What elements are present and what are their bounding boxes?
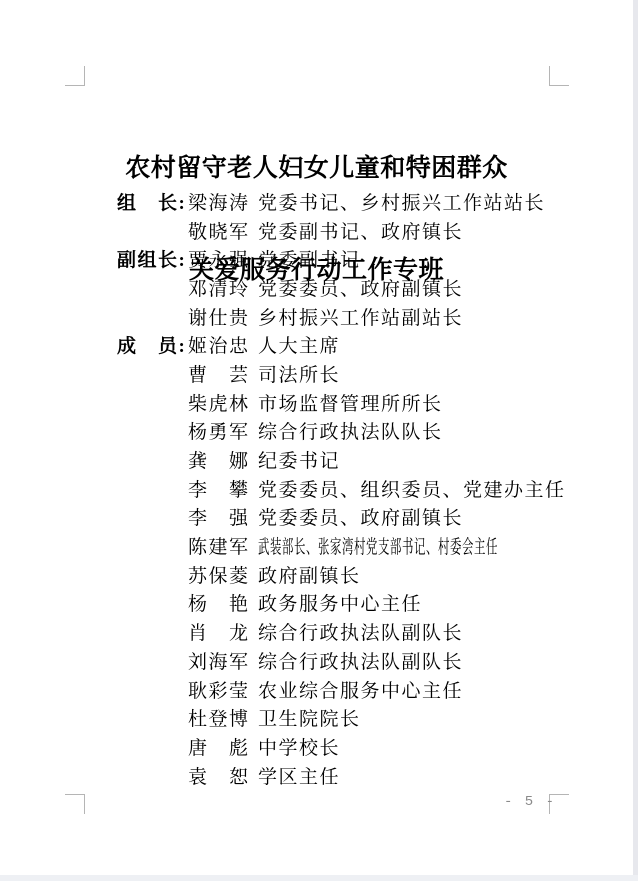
- member-name: 陈建军: [188, 532, 258, 559]
- member-position: 党委委员、组织委员、党建办主任: [258, 475, 566, 502]
- role-label: 组 长:: [117, 188, 188, 215]
- member-position: 市场监督管理所所长: [258, 389, 443, 416]
- member-position: 武装部长、张家湾村党支部书记、村委会主任: [258, 532, 498, 559]
- role-label: 副组长:: [117, 245, 188, 272]
- roster-row: 苏保菱 政府副镇长: [117, 560, 577, 589]
- member-name: 杨 艳: [188, 589, 258, 616]
- roster-row: 杜登博 卫生院院长: [117, 703, 577, 732]
- member-name: 谢仕贵: [188, 303, 258, 330]
- crop-mark-top-left-icon: [65, 66, 85, 86]
- window-edge-bottom: [0, 875, 638, 881]
- roster-row: 刘海军 综合行政执法队副队长: [117, 646, 577, 675]
- member-name: 肖 龙: [188, 618, 258, 645]
- member-name: 姬治忠: [188, 331, 258, 358]
- member-position: 乡村振兴工作站副站长: [258, 303, 463, 330]
- member-position: 综合行政执法队队长: [258, 417, 443, 444]
- member-name: 李 攀: [188, 475, 258, 502]
- member-name: 曹 芸: [188, 360, 258, 387]
- member-name: 耿彩莹: [188, 676, 258, 703]
- roster-row: 敬晓军 党委副书记、政府镇长: [117, 216, 577, 245]
- member-position: 党委书记、乡村振兴工作站站长: [258, 188, 545, 215]
- member-name: 李 强: [188, 503, 258, 530]
- roster-row: 袁 恕 学区主任: [117, 761, 577, 790]
- member-position: 政府副镇长: [258, 561, 361, 588]
- member-position: 纪委书记: [258, 446, 340, 473]
- member-name: 柴虎林: [188, 389, 258, 416]
- member-name: 邓清玲: [188, 274, 258, 301]
- page-number: - 5 -: [500, 794, 560, 810]
- member-position: 农业综合服务中心主任: [258, 676, 463, 703]
- member-position: 党委副书记: [258, 245, 361, 272]
- member-name: 杜登博: [188, 704, 258, 731]
- member-position: 党委委员、政府副镇长: [258, 274, 463, 301]
- member-name: 杨勇军: [188, 417, 258, 444]
- roster-row: 邓清玲 党委委员、政府副镇长: [117, 273, 577, 302]
- member-name: 贾永强: [188, 245, 258, 272]
- member-name: 刘海军: [188, 647, 258, 674]
- window-edge-right: [633, 0, 638, 881]
- roster-row: 柴虎林 市场监督管理所所长: [117, 388, 577, 417]
- member-position: 综合行政执法队副队长: [258, 647, 463, 674]
- roster-row: 李 强 党委委员、政府副镇长: [117, 503, 577, 532]
- roster-row: 谢仕贵 乡村振兴工作站副站长: [117, 302, 577, 331]
- roster-row: 肖 龙 综合行政执法队副队长: [117, 617, 577, 646]
- member-position: 党委委员、政府副镇长: [258, 503, 463, 530]
- roster-row: 杨勇军 综合行政执法队队长: [117, 417, 577, 446]
- member-name: 苏保菱: [188, 561, 258, 588]
- member-position: 党委副书记、政府镇长: [258, 217, 463, 244]
- member-name: 唐 彪: [188, 733, 258, 760]
- crop-mark-top-right-icon: [549, 66, 569, 86]
- member-position: 司法所长: [258, 360, 340, 387]
- member-position: 卫生院院长: [258, 704, 361, 731]
- role-label: 成 员:: [117, 331, 188, 358]
- roster-row: 曹 芸 司法所长: [117, 359, 577, 388]
- member-name: 袁 恕: [188, 762, 258, 789]
- member-position: 中学校长: [258, 733, 340, 760]
- member-name: 梁海涛: [188, 188, 258, 215]
- member-position: 综合行政执法队副队长: [258, 618, 463, 645]
- member-name: 敬晓军: [188, 217, 258, 244]
- roster-row: 杨 艳 政务服务中心主任: [117, 589, 577, 618]
- document-page: 农村留守老人妇女儿童和特困群众 关爱服务行动工作专班 组 长: 梁海涛 党委书记…: [0, 0, 638, 881]
- member-position: 政务服务中心主任: [258, 589, 422, 616]
- member-position: 人大主席: [258, 331, 340, 358]
- roster-row: 李 攀 党委委员、组织委员、党建办主任: [117, 474, 577, 503]
- crop-mark-bottom-left-icon: [65, 794, 85, 814]
- roster-row: 唐 彪 中学校长: [117, 732, 577, 761]
- member-name: 龚 娜: [188, 446, 258, 473]
- document-title-line1: 农村留守老人妇女儿童和特困群众: [0, 152, 633, 186]
- roster-row: 耿彩莹 农业综合服务中心主任: [117, 675, 577, 704]
- roster-row: 龚 娜 纪委书记: [117, 445, 577, 474]
- roster-row: 成 员: 姬治忠 人大主席: [117, 330, 577, 359]
- roster-row: 副组长: 贾永强 党委副书记: [117, 244, 577, 273]
- roster-row: 组 长: 梁海涛 党委书记、乡村振兴工作站站长: [117, 187, 577, 216]
- roster-list: 组 长: 梁海涛 党委书记、乡村振兴工作站站长 敬晓军 党委副书记、政府镇长 副…: [117, 187, 577, 789]
- member-position: 学区主任: [258, 762, 340, 789]
- roster-row: 陈建军 武装部长、张家湾村党支部书记、村委会主任: [117, 531, 577, 560]
